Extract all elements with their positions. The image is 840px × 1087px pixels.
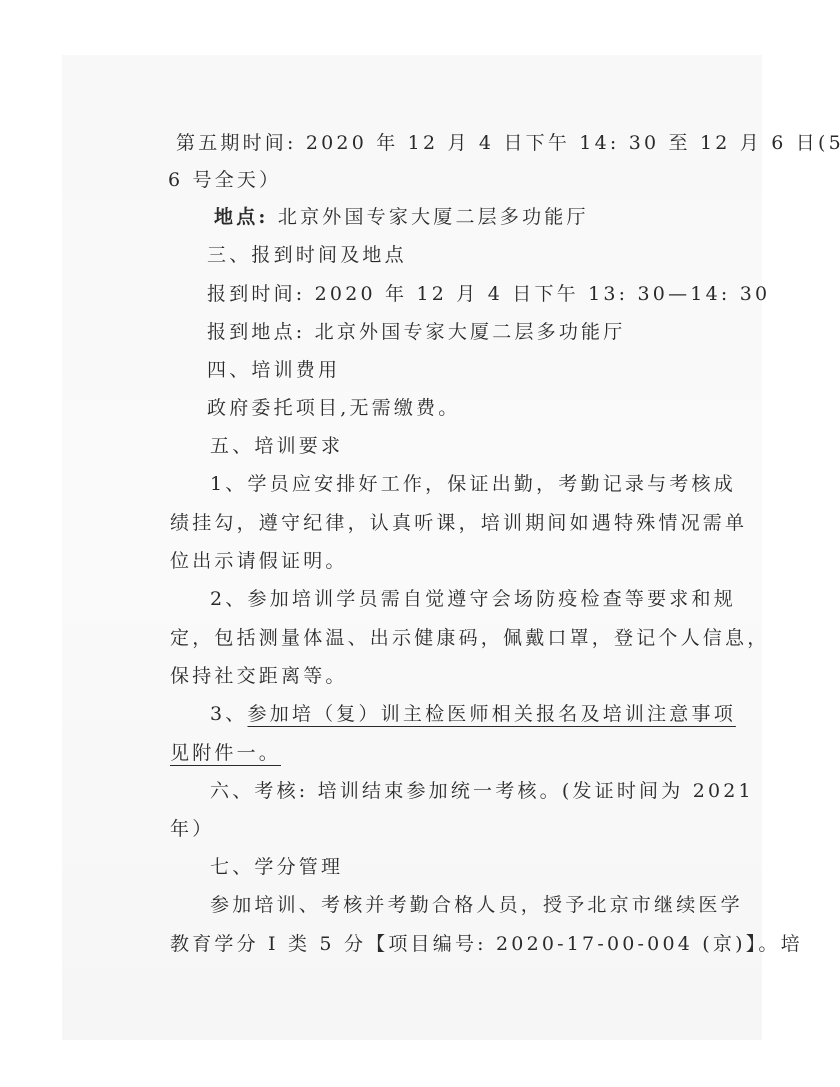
document-page: 第五期时间: 2020 年 12 月 4 日下午 14: 30 至 12 月 6… — [0, 0, 840, 1087]
section-heading-registration: 三、报到时间及地点 — [207, 243, 407, 267]
session-five-time: 第五期时间: 2020 年 12 月 4 日下午 14: 30 至 12 月 6… — [176, 131, 840, 155]
requirement-1-line-3: 位出示请假证明。 — [170, 549, 348, 573]
session-five-location: 地点: 北京外国专家大厦二层多功能厅 — [214, 205, 589, 229]
section-heading-credits: 七、学分管理 — [210, 855, 343, 879]
requirement-1-line-1: 1、学员应安排好工作，保证出勤，考勤记录与考核成 — [210, 472, 736, 496]
credits-line-2: 教育学分 I 类 5 分【项目编号: 2020-17-00-004 (京)】。培 — [170, 932, 803, 956]
requirement-3-prefix: 3、 — [210, 703, 248, 725]
requirement-2-line-2: 定，包括测量体温、出示健康码，佩戴口罩，登记个人信息， — [170, 626, 769, 650]
requirement-1-line-2: 绩挂勾，遵守纪律，认真听课，培训期间如遇特殊情况需单 — [170, 511, 747, 535]
requirement-3-line-2: 见附件一。 — [170, 741, 281, 765]
requirement-2-line-3: 保持社交距离等。 — [170, 664, 348, 688]
requirement-2-line-1: 2、参加培训学员需自觉遵守会场防疫检查等要求和规 — [210, 587, 736, 611]
section-heading-requirements: 五、培训要求 — [210, 434, 343, 458]
session-five-time-cont: 6 号全天） — [168, 168, 281, 192]
location-label: 地点: — [214, 206, 269, 228]
registration-time: 报到时间: 2020 年 12 月 4 日下午 13: 30—14: 30 — [207, 282, 770, 306]
location-value: 北京外国专家大厦二层多功能厅 — [269, 206, 589, 228]
assessment-cont: 年） — [170, 817, 214, 841]
section-heading-assessment: 六、考核: 培训结束参加统一考核。(发证时间为 2021 — [210, 779, 754, 803]
credits-line-1: 参加培训、考核并考勤合格人员，授予北京市继续医学 — [210, 893, 743, 917]
fees-text: 政府委托项目,无需缴费。 — [207, 396, 460, 420]
registration-location: 报到地点: 北京外国专家大厦二层多功能厅 — [207, 320, 625, 344]
section-heading-fees: 四、培训费用 — [207, 358, 340, 382]
attachment-link-text: 参加培（复）训主检医师相关报名及培训注意事项 — [248, 703, 736, 725]
requirement-3-line-1: 3、参加培（复）训主检医师相关报名及培训注意事项 — [210, 702, 736, 726]
